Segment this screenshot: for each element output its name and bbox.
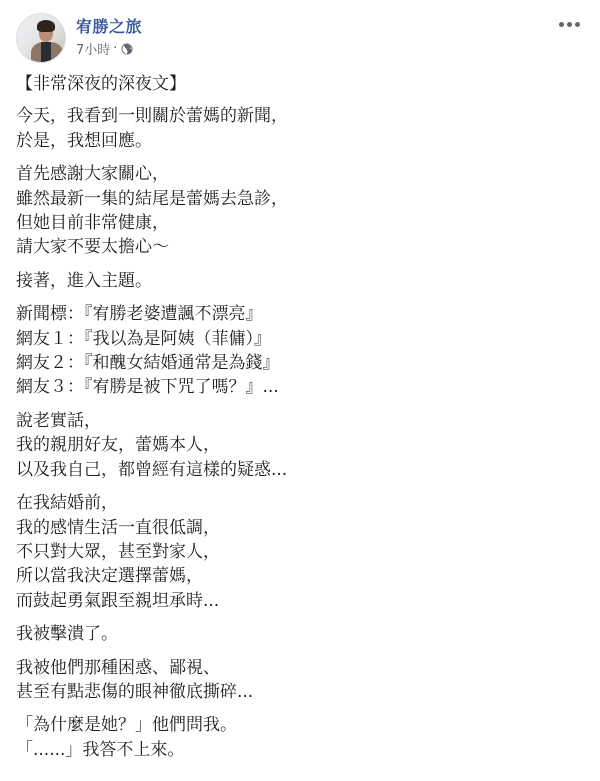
post-line: 我的感情生活一直很低調， <box>16 516 576 540</box>
avatar-shirt-shape <box>41 42 51 63</box>
post-paragraph: 接著，進入主題。 <box>16 269 576 293</box>
post-line: 網友２：『和醜女結婚通常是為錢』 <box>16 351 576 375</box>
globe-icon <box>121 43 133 55</box>
post-line: 我的親朋好友，蕾媽本人， <box>16 433 576 457</box>
post-line: 今天，我看到一則關於蕾媽的新聞， <box>16 104 576 128</box>
post-line: 網友３：『宥勝是被下咒了嗎？』... <box>16 375 576 399</box>
post-title: 【非常深夜的深夜文】 <box>16 72 576 96</box>
post-line: 首先感謝大家關心， <box>16 162 576 186</box>
post-line: 「為什麼是她？」他們問我。 <box>16 713 576 737</box>
post-line: 甚至有點悲傷的眼神徹底撕碎... <box>16 680 576 704</box>
more-options-icon-dot <box>567 22 572 27</box>
meta-separator: · <box>113 41 117 56</box>
post-body: 【非常深夜的深夜文】 今天，我看到一則關於蕾媽的新聞， 於是，我想回應。 首先感… <box>16 72 576 771</box>
post-paragraph: 我被擊潰了。 <box>16 622 576 646</box>
post-paragraph: 我被他們那種困惑、鄙視、 甚至有點悲傷的眼神徹底撕碎... <box>16 656 576 705</box>
post-line: 但她目前非常健康， <box>16 211 576 235</box>
more-options-icon-dot <box>575 22 580 27</box>
post-timestamp[interactable]: 7小時 <box>76 39 110 58</box>
post-paragraph: 新聞標：『宥勝老婆遭諷不漂亮』 網友１：『我以為是阿姨（菲傭）』 網友２：『和醜… <box>16 302 576 400</box>
more-options-button[interactable] <box>556 14 582 34</box>
post-paragraph: 首先感謝大家關心， 雖然最新一集的結尾是蕾媽去急診， 但她目前非常健康， 請大家… <box>16 162 576 260</box>
post-line: 請大家不要太擔心～ <box>16 235 576 259</box>
author-name-link[interactable]: 宥勝之旅 <box>76 14 142 37</box>
post-line: 我被擊潰了。 <box>16 622 576 646</box>
post-title-paragraph: 【非常深夜的深夜文】 <box>16 72 576 96</box>
post-header: 宥勝之旅 7小時 · <box>14 12 586 64</box>
post-line: 新聞標：『宥勝老婆遭諷不漂亮』 <box>16 302 576 326</box>
post-line: 接著，進入主題。 <box>16 269 576 293</box>
post-paragraph: 說老實話， 我的親朋好友，蕾媽本人， 以及我自己，都曾經有這樣的疑惑... <box>16 409 576 482</box>
post-line: 「......」我答不上來。 <box>16 738 576 762</box>
post-line: 所以當我決定選擇蕾媽， <box>16 564 576 588</box>
post-line: 而鼓起勇氣跟至親坦承時... <box>16 589 576 613</box>
author-avatar[interactable] <box>16 13 66 63</box>
avatar-hair-shape <box>37 20 55 32</box>
post-line: 網友１：『我以為是阿姨（菲傭）』 <box>16 327 576 351</box>
post-paragraph: 今天，我看到一則關於蕾媽的新聞， 於是，我想回應。 <box>16 104 576 153</box>
post-line: 不只對大眾，甚至對家人， <box>16 540 576 564</box>
post-paragraph: 「為什麼是她？」他們問我。 「......」我答不上來。 <box>16 713 576 762</box>
post-meta: 7小時 · <box>76 39 133 58</box>
post-line: 在我結婚前， <box>16 491 576 515</box>
post-line: 以及我自己，都曾經有這樣的疑惑... <box>16 458 576 482</box>
post-line: 我被他們那種困惑、鄙視、 <box>16 656 576 680</box>
post-paragraph: 在我結婚前， 我的感情生活一直很低調， 不只對大眾，甚至對家人， 所以當我決定選… <box>16 491 576 613</box>
more-options-icon-dot <box>559 22 564 27</box>
post-line: 說老實話， <box>16 409 576 433</box>
post-line: 於是，我想回應。 <box>16 129 576 153</box>
post-line: 雖然最新一集的結尾是蕾媽去急診， <box>16 187 576 211</box>
